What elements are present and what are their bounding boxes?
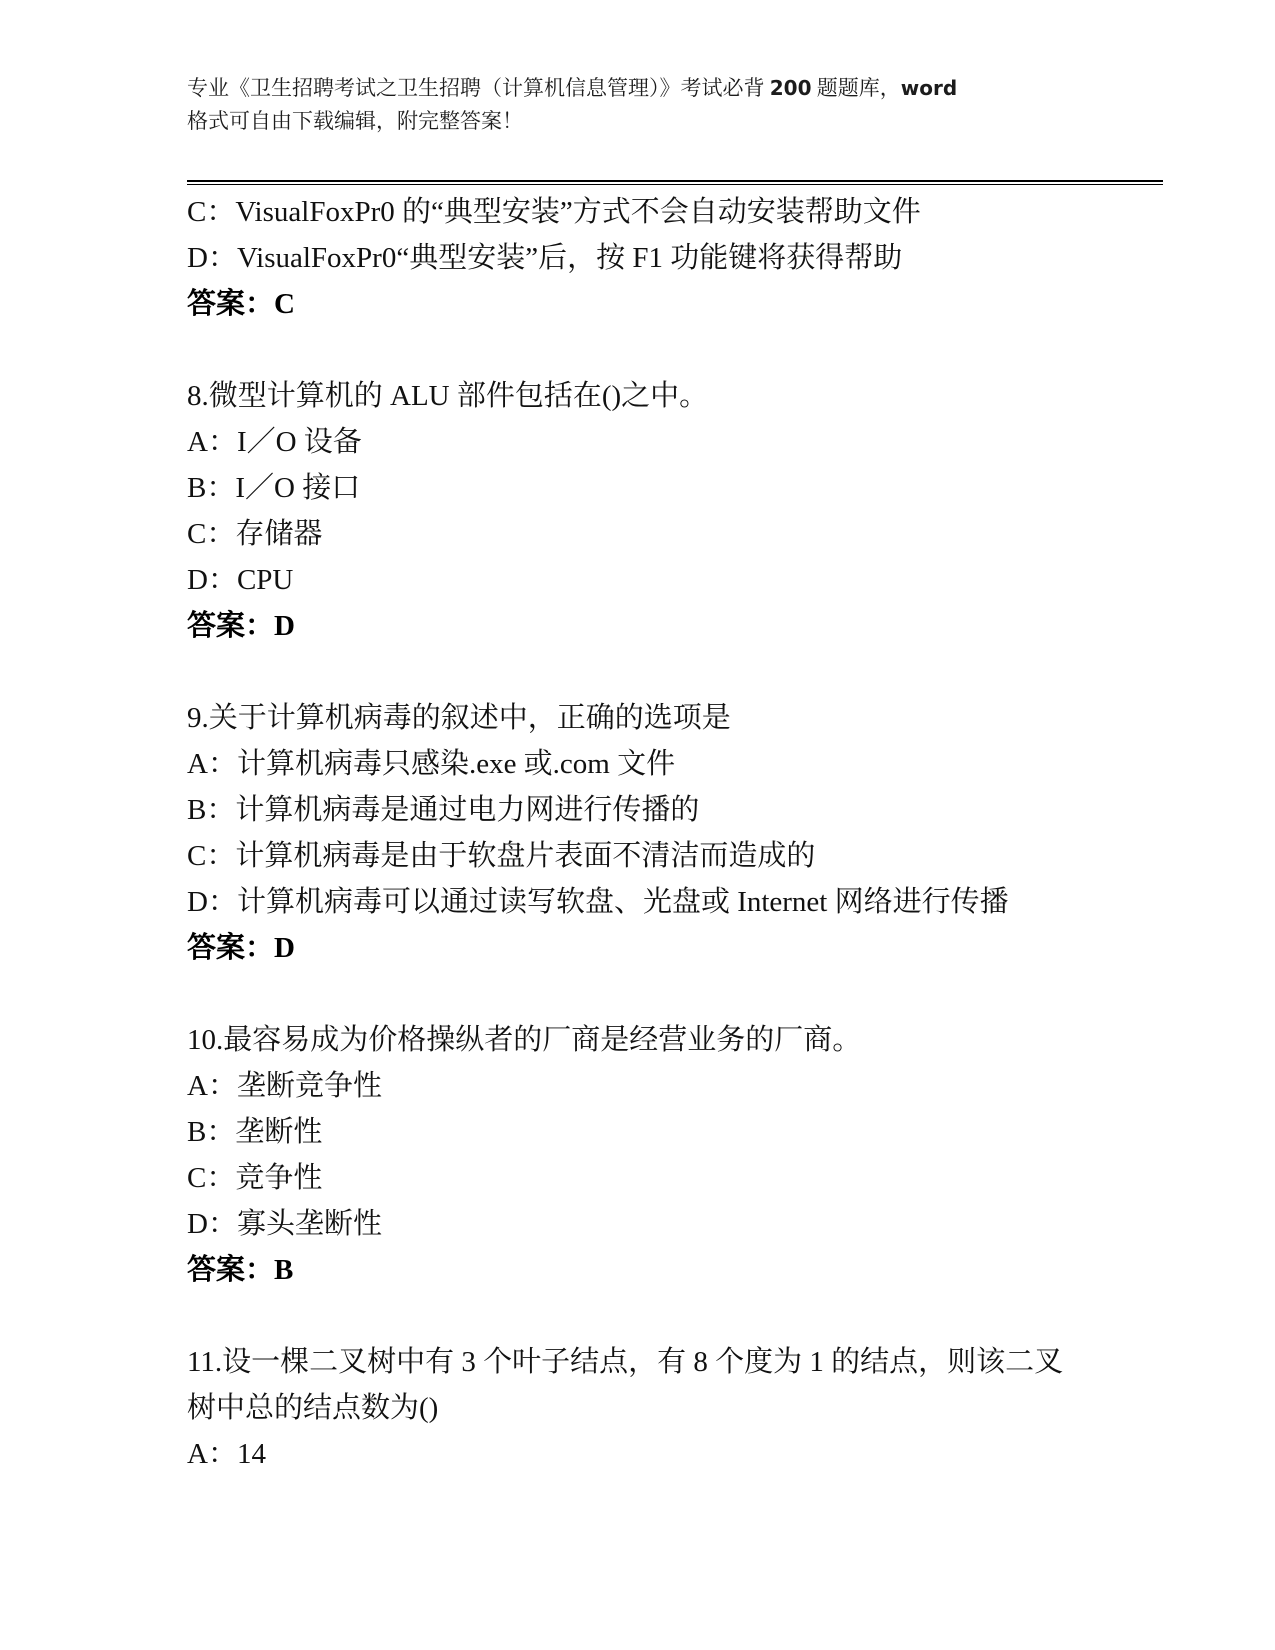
header-count-number: 200 [770,76,812,100]
header-line-2: 格式可自由下载编辑，附完整答案！ [187,105,1163,138]
question-9-option-c: C：计算机病毒是由于软盘片表面不清洁而造成的 [187,833,1163,879]
question-10-option-c: C：竞争性 [187,1155,1163,1201]
question-7-option-d: D：VisualFoxPr0“典型安装”后，按 F1 功能键将获得帮助 [187,235,1163,281]
question-7-answer: 答案：C [187,281,1163,327]
header-word-label: word [901,76,957,100]
question-10-option-b: B：垄断性 [187,1109,1163,1155]
header-line-1: 专业《卫生招聘考试之卫生招聘（计算机信息管理）》考试必背 200 题题库，wor… [187,72,1163,105]
question-9-option-d: D：计算机病毒可以通过读写软盘、光盘或 Internet 网络进行传播 [187,879,1163,925]
question-block-7-partial: C：VisualFoxPr0 的“典型安装”方式不会自动安装帮助文件 D：Vis… [187,189,1163,327]
question-8-option-c: C：存储器 [187,511,1163,557]
question-8-option-d: D：CPU [187,557,1163,603]
question-9-option-a: A：计算机病毒只感染.exe 或.com 文件 [187,741,1163,787]
question-9-option-b: B：计算机病毒是通过电力网进行传播的 [187,787,1163,833]
document-content: C：VisualFoxPr0 的“典型安装”方式不会自动安装帮助文件 D：Vis… [187,185,1163,1477]
question-block-9: 9.关于计算机病毒的叙述中，正确的选项是 A：计算机病毒只感染.exe 或.co… [187,695,1163,971]
question-11-title-line-1: 11.设一棵二叉树中有 3 个叶子结点，有 8 个度为 1 的结点，则该二叉 [187,1339,1163,1385]
question-10-answer: 答案：B [187,1247,1163,1293]
question-block-11: 11.设一棵二叉树中有 3 个叶子结点，有 8 个度为 1 的结点，则该二叉 树… [187,1339,1163,1477]
question-8-answer: 答案：D [187,603,1163,649]
question-8-option-a: A：I／O 设备 [187,419,1163,465]
question-8-title: 8.微型计算机的 ALU 部件包括在()之中。 [187,373,1163,419]
question-10-option-a: A：垄断竞争性 [187,1063,1163,1109]
question-10-title: 10.最容易成为价格操纵者的厂商是经营业务的厂商。 [187,1017,1163,1063]
header-text-segment: 专业《卫生招聘考试之卫生招聘（计算机信息管理）》考试必背 [187,76,770,100]
question-11-option-a: A：14 [187,1431,1163,1477]
question-10-option-d: D：寡头垄断性 [187,1201,1163,1247]
header-text-segment: 题题库， [812,76,901,100]
question-block-8: 8.微型计算机的 ALU 部件包括在()之中。 A：I／O 设备 B：I／O 接… [187,373,1163,649]
document-page: 专业《卫生招聘考试之卫生招聘（计算机信息管理）》考试必背 200 题题库，wor… [0,0,1275,1650]
question-11-title-line-2: 树中总的结点数为() [187,1385,1163,1431]
question-7-option-c: C：VisualFoxPr0 的“典型安装”方式不会自动安装帮助文件 [187,189,1163,235]
question-block-10: 10.最容易成为价格操纵者的厂商是经营业务的厂商。 A：垄断竞争性 B：垄断性 … [187,1017,1163,1293]
question-9-answer: 答案：D [187,925,1163,971]
document-header: 专业《卫生招聘考试之卫生招聘（计算机信息管理）》考试必背 200 题题库，wor… [187,72,1163,138]
question-9-title: 9.关于计算机病毒的叙述中，正确的选项是 [187,695,1163,741]
question-8-option-b: B：I／O 接口 [187,465,1163,511]
